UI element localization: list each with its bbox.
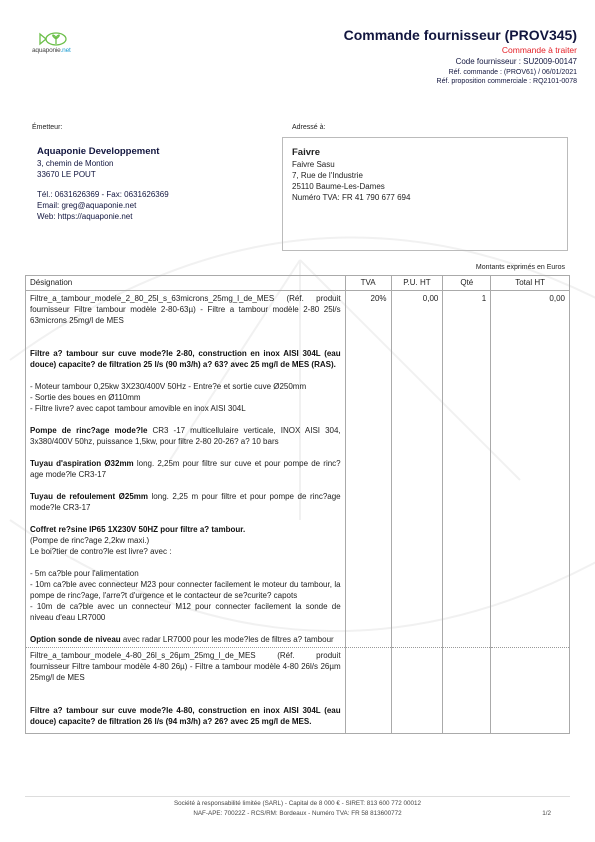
line-reference: Filtre_a_tambour_modele_2_80_25l_s_63mic… <box>30 293 341 326</box>
emitter-name: Aquaponie Developpement <box>37 146 169 158</box>
line-reference: Filtre_a_tambour_modele_4-80_26l_s_26µm_… <box>30 650 341 683</box>
footer-divider <box>25 796 570 797</box>
option-title: Option sonde de niveau <box>30 635 121 644</box>
footer-legal-line1: Société à responsabilité limitée (SARL) … <box>0 800 595 807</box>
line-designation: Filtre_a_tambour_modele_2_80_25l_s_63mic… <box>26 291 346 648</box>
supplier-code: Code fournisseur : SU2009-00147 <box>456 57 577 66</box>
emitter-label: Émetteur: <box>32 124 62 131</box>
table-header-row: Désignation TVA P.U. HT Qté Total HT <box>26 276 570 291</box>
control-box-title: Coffret re?sine IP65 1X230V 50HZ pour fi… <box>30 524 341 535</box>
option-text: avec radar LR7000 pour les mode?les de f… <box>121 635 334 644</box>
line-title: Filtre a? tambour sur cuve mode?le 2-80,… <box>30 348 341 370</box>
recipient-label: Adressé à: <box>292 124 325 131</box>
header-total: Total HT <box>491 276 570 291</box>
page-number: 1/2 <box>542 810 551 817</box>
recipient-address-line1: 7, Rue de l'Industrie <box>292 170 410 181</box>
order-lines-table: Désignation TVA P.U. HT Qté Total HT Fil… <box>25 275 570 734</box>
control-box-item: - 10m ca?ble avec connecteur M23 pour co… <box>30 579 341 601</box>
control-box-item: - 10m de ca?ble avec un connecteur M12 p… <box>30 601 341 623</box>
header-designation: Désignation <box>26 276 346 291</box>
recipient-box: Faivre Faivre Sasu 7, Rue de l'Industrie… <box>282 137 568 251</box>
page-title: Commande fournisseur (PROV345) <box>344 27 577 43</box>
logo-text: aquaponie.net <box>32 47 71 54</box>
recipient-name: Faivre <box>292 147 410 159</box>
line-quantity: 1 <box>443 291 491 648</box>
header-unit-price: P.U. HT <box>391 276 443 291</box>
table-row: Filtre_a_tambour_modele_4-80_26l_s_26µm_… <box>26 648 570 734</box>
header-quantity: Qté <box>443 276 491 291</box>
line-total: 0,00 <box>491 291 570 648</box>
line-title: Filtre a? tambour sur cuve mode?le 4-80,… <box>30 705 341 727</box>
line-total <box>491 648 570 734</box>
line-unit-price <box>391 648 443 734</box>
control-box-line: (Pompe de rinc?age 2,2kw maxi.) <box>30 535 341 546</box>
emitter-phone-fax: Tél.: 0631626369 - Fax: 0631626369 <box>37 189 169 200</box>
currency-note: Montants exprimés en Euros <box>476 264 565 271</box>
pump-title: Pompe de rinc?age mode?le <box>30 426 147 435</box>
line-quantity <box>443 648 491 734</box>
discharge-paragraph: Tuyau de refoulement Ø25mm long. 2,25 m … <box>30 491 341 513</box>
footer-legal-line2: NAF-APE: 70022Z - RCS/RM: Bordeaux - Num… <box>0 810 595 817</box>
header-tva: TVA <box>345 276 391 291</box>
line-designation: Filtre_a_tambour_modele_4-80_26l_s_26µm_… <box>26 648 346 734</box>
company-logo: aquaponie.net <box>30 30 90 58</box>
logo-suffix: .net <box>61 47 71 54</box>
recipient-vat: Numéro TVA: FR 41 790 677 694 <box>292 192 410 203</box>
option-paragraph: Option sonde de niveau avec radar LR7000… <box>30 634 341 645</box>
emitter-address-line2: 33670 LE POUT <box>37 169 169 180</box>
suction-title: Tuyau d'aspiration Ø32mm <box>30 459 134 468</box>
line-unit-price: 0,00 <box>391 291 443 648</box>
pump-paragraph: Pompe de rinc?age mode?le CR3 -17 multic… <box>30 425 341 447</box>
emitter-web: Web: https://aquaponie.net <box>37 211 169 222</box>
suction-paragraph: Tuyau d'aspiration Ø32mm long. 2,25m pou… <box>30 458 341 480</box>
discharge-title: Tuyau de refoulement Ø25mm <box>30 492 148 501</box>
line-tva <box>345 648 391 734</box>
spec-line: - Moteur tambour 0,25kw 3X230/400V 50Hz … <box>30 381 341 392</box>
recipient-address-line2: 25110 Baume-Les-Dames <box>292 181 410 192</box>
control-box-item: - 5m ca?ble pour l'alimentation <box>30 568 341 579</box>
proposal-reference: Réf. proposition commerciale : RQ2101-00… <box>437 78 577 85</box>
line-tva: 20% <box>345 291 391 648</box>
control-box-line: Le boi?tier de contro?le est livre? avec… <box>30 546 341 557</box>
order-reference: Réf. commande : (PROV61) / 06/01/2021 <box>449 69 577 76</box>
emitter-email: Email: greg@aquaponie.net <box>37 200 169 211</box>
spec-line: - Filtre livre? avec capot tambour amovi… <box>30 403 341 414</box>
emitter-block: Aquaponie Developpement 3, chemin de Mon… <box>37 146 169 222</box>
order-status: Commande à traiter <box>502 45 577 55</box>
table-row: Filtre_a_tambour_modele_2_80_25l_s_63mic… <box>26 291 570 648</box>
recipient-company: Faivre Sasu <box>292 159 410 170</box>
emitter-address-line1: 3, chemin de Montion <box>37 158 169 169</box>
spec-line: - Sortie des boues en Ø110mm <box>30 392 341 403</box>
logo-wordmark: aquaponie <box>32 47 61 54</box>
fish-leaf-logo-icon <box>30 30 90 48</box>
